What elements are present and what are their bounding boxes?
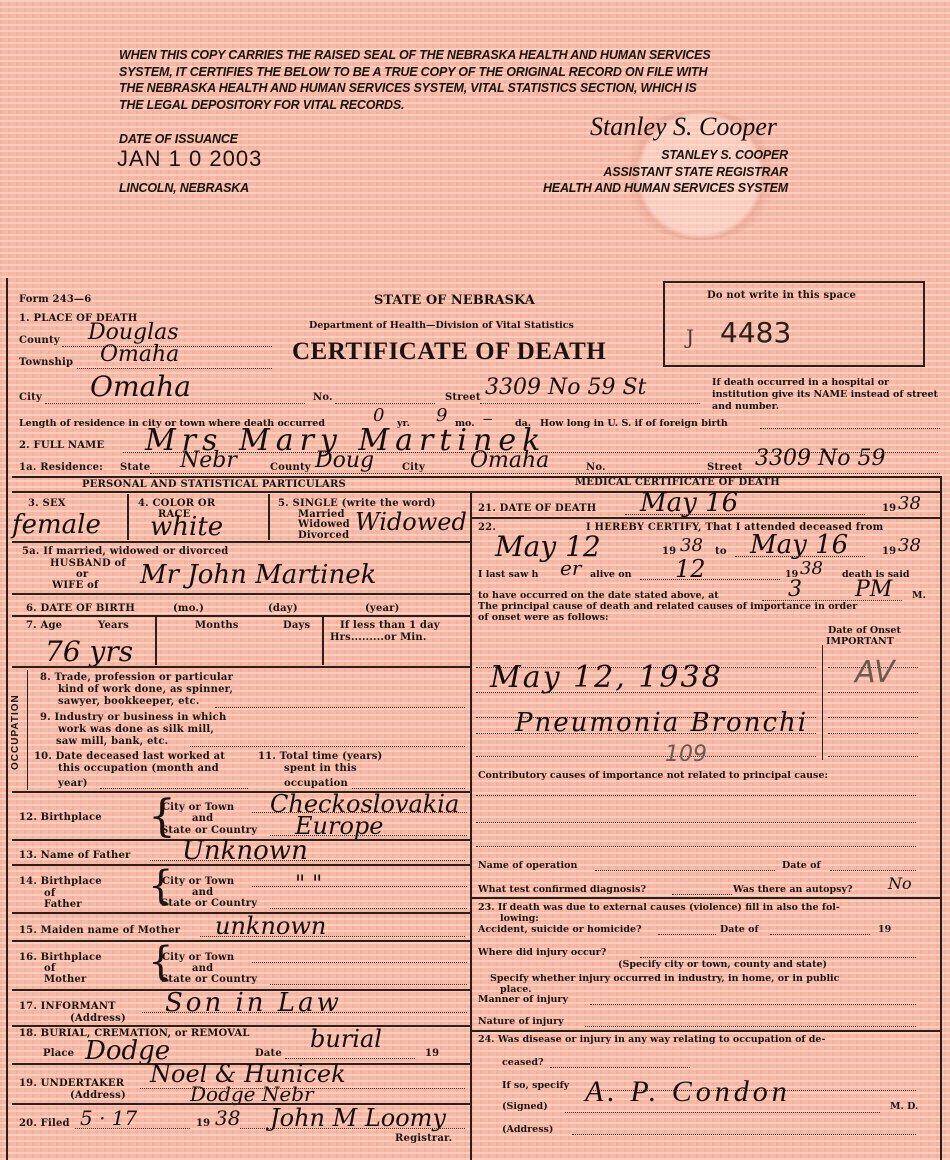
- father-city-label: City or Town: [162, 876, 234, 887]
- burial-place-label: Place: [43, 1048, 74, 1059]
- residence-street-label: Street: [707, 462, 743, 473]
- birthplace-label: 12. Birthplace: [19, 812, 102, 823]
- informant-label: 17. INFORMANT: [19, 1001, 116, 1012]
- department-heading: Department of Health—Division of Vital S…: [309, 320, 574, 331]
- mother-birthplace-label-1: 16. Birthplace: [19, 952, 102, 963]
- column-divider: [470, 491, 472, 1160]
- date-of-death: May 16: [640, 488, 738, 518]
- mother-and: and: [192, 963, 213, 974]
- hospital-note: If death occurred in a hospital or insti…: [712, 377, 947, 413]
- autopsy-value: No: [888, 874, 912, 893]
- residence-state-label: State: [120, 462, 150, 473]
- full-name-label: 2. FULL NAME: [19, 440, 104, 451]
- residence-number-label: No.: [586, 462, 606, 473]
- registrar-label: Registrar.: [395, 1133, 452, 1144]
- less-than-day-label-2: Hrs.........or Min.: [330, 632, 427, 643]
- trade-label-3: sawyer, bookkeeper, etc.: [58, 696, 200, 707]
- attended-to: May 16: [750, 530, 848, 560]
- occurred-label: to have occurred on the date stated abov…: [478, 590, 719, 601]
- filed-label: 20. Filed: [19, 1118, 70, 1129]
- spouse-label-3: or: [76, 569, 88, 580]
- dob-label: 6. DATE OF BIRTH: [26, 603, 135, 614]
- file-number: 4483: [720, 316, 791, 349]
- birthplace-country: Europe: [295, 812, 383, 840]
- medical-section-title: MEDICAL CERTIFICATE OF DEATH: [575, 477, 780, 488]
- onset-label-2: IMPORTANT: [826, 636, 894, 647]
- cause-onset-date: May 12, 1938: [490, 660, 723, 695]
- spouse-label-1: 5a. If married, widowed or divorced: [22, 546, 229, 557]
- industry-label-3: saw mill, bank, etc.: [56, 736, 168, 747]
- manner-label: Manner of injury: [478, 994, 568, 1005]
- am-pm: PM: [855, 577, 892, 602]
- birthplace-city-label: City or Town: [162, 802, 234, 813]
- undertaker-label: 19. UNDERTAKER: [19, 1078, 124, 1089]
- residence-city: Omaha: [470, 448, 549, 473]
- filed-year-prefix: 19: [196, 1118, 210, 1129]
- occupation-question-1: 24. Was disease or injury in any way rel…: [478, 1034, 825, 1045]
- street-label: Street: [445, 392, 481, 403]
- mother-birthplace-label-3: Mother: [44, 974, 86, 985]
- age-value: 76 yrs: [45, 635, 133, 668]
- total-time-label-2: spent in this: [284, 763, 357, 774]
- occupation-question-2: ceased?: [502, 1057, 544, 1068]
- years-label: Years: [98, 620, 129, 631]
- residence-county: Doug: [315, 448, 374, 473]
- state-heading: STATE OF NEBRASKA: [374, 293, 535, 308]
- filed-year: 38: [215, 1106, 240, 1130]
- dob-day-label: (day): [268, 603, 298, 614]
- md-label: M. D.: [890, 1101, 918, 1112]
- residence-street: 3309 No 59: [755, 446, 885, 471]
- form-number: Form 243—6: [19, 294, 91, 305]
- office-use-label: Do not write in this space: [707, 290, 856, 301]
- attended-from: May 12: [495, 530, 601, 563]
- mother-country-label: State or Country: [161, 974, 257, 985]
- mother-city-label: City or Town: [162, 952, 234, 963]
- total-time-label-1: 11. Total time (years): [258, 751, 382, 762]
- external-label-2: lowing:: [500, 913, 539, 924]
- city-label: City: [19, 392, 42, 403]
- last-saw-year: 38: [800, 558, 823, 579]
- birthplace-and: and: [192, 813, 213, 824]
- burial-value: burial: [310, 1025, 382, 1053]
- last-worked-label-3: year): [58, 778, 88, 789]
- principal-cause: Pneumonia Bronchi: [515, 708, 808, 738]
- mother-birthplace-label-2: of: [44, 963, 55, 974]
- personal-section-title: PERSONAL AND STATISTICAL PARTICULARS: [82, 479, 346, 490]
- operation-label: Name of operation: [478, 860, 577, 871]
- certificate-title: CERTIFICATE OF DEATH: [292, 338, 606, 366]
- township-value: Omaha: [100, 342, 179, 367]
- dod-year-prefix: 19: [882, 503, 896, 514]
- autopsy-label: Was there an autopsy?: [733, 884, 853, 895]
- father-birthplace-label-2: of: [44, 888, 55, 899]
- contributory-label: Contributory causes of importance not re…: [478, 770, 828, 781]
- total-time-label-3: occupation: [284, 778, 348, 789]
- less-than-day-label-1: If less than 1 day: [340, 620, 440, 631]
- father-birthplace-label-1: 14. Birthplace: [19, 876, 102, 887]
- time-of-death: 3: [788, 577, 802, 602]
- street-value: 3309 No 59 St: [485, 375, 646, 400]
- marital-label-3: Widowed: [298, 519, 350, 530]
- alive-on-label: alive on: [590, 569, 632, 580]
- industry-label-2: work was done as silk mill,: [58, 724, 214, 735]
- certify-number: 22.: [478, 522, 496, 533]
- sex-value: female: [12, 510, 101, 540]
- cause-intro-2: of onset were as follows:: [478, 612, 608, 623]
- mother-label: 15. Maiden name of Mother: [19, 925, 180, 936]
- last-saw-date: 12: [675, 555, 706, 583]
- age-label: 7. Age: [26, 620, 62, 631]
- external-label-1: 23. If death was due to external causes …: [478, 902, 840, 913]
- accident-date-label: Date of: [720, 924, 759, 935]
- pencil-onset-mark: AV: [855, 655, 895, 690]
- registrar-signature: Stanley S. Cooper: [590, 112, 777, 142]
- spouse-label-2: HUSBAND of: [50, 558, 126, 569]
- burial-year-prefix: 19: [425, 1048, 439, 1059]
- date-of-death-label: 21. DATE OF DEATH: [478, 503, 596, 514]
- county-label: County: [19, 335, 60, 346]
- residence-state: Nebr: [180, 448, 237, 473]
- specify-whether-1: Specify whether injury occurred in indus…: [490, 973, 839, 984]
- dob-year-label: (year): [365, 603, 400, 614]
- birthplace-country-label: State or Country: [161, 825, 257, 836]
- last-worked-label-2: this occupation (month and: [58, 763, 219, 774]
- attended-to-year-prefix: 19: [882, 546, 896, 557]
- last-saw-label: I last saw h: [478, 569, 538, 580]
- months-label: Months: [195, 620, 239, 631]
- father-value: Unknown: [182, 836, 308, 866]
- informant-address-label: (Address): [70, 1013, 126, 1024]
- race-label-1: 4. COLOR OR: [138, 498, 215, 509]
- township-label: Township: [19, 357, 73, 368]
- foreign-birth-label: How long in U. S. if of foreign birth: [540, 418, 728, 429]
- if-so-label: If so, specify: [502, 1080, 569, 1091]
- residence-city-label: City: [402, 462, 425, 473]
- physician-signature: A. P. Condon: [585, 1075, 791, 1109]
- dod-year: 38: [898, 493, 921, 514]
- race-value: white: [150, 512, 223, 542]
- spouse-label-4: WIFE of: [52, 580, 98, 591]
- trade-label-1: 8. Trade, profession or particular: [40, 672, 233, 683]
- last-worked-label-1: 10. Date deceased last worked at: [34, 751, 225, 762]
- date-of-issuance: JAN 1 0 2003: [117, 146, 262, 172]
- certification-statement: WHEN THIS COPY CARRIES THE RAISED SEAL O…: [119, 47, 809, 113]
- registrar-block: STANLEY S. COOPER ASSISTANT STATE REGIST…: [470, 147, 788, 197]
- residence-label: 1a. Residence:: [19, 462, 103, 473]
- number-label: No.: [313, 392, 333, 403]
- signed-label: (Signed): [502, 1101, 548, 1112]
- residence-county-label: County: [270, 462, 311, 473]
- burial-date-label: Date: [255, 1048, 282, 1059]
- pencil-code: 109: [665, 742, 707, 767]
- onset-label-1: Date of Onset: [828, 625, 901, 636]
- informant-value: Son in Law: [165, 988, 342, 1018]
- father-birthplace-label-3: Father: [44, 899, 82, 910]
- specify-place-note: (Specify city or town, county and state): [618, 959, 827, 970]
- to-label: to: [715, 546, 727, 557]
- accident-label: Accident, suicide or homicide?: [478, 924, 642, 935]
- father-and: and: [192, 887, 213, 898]
- test-label: What test confirmed diagnosis?: [478, 884, 646, 895]
- mother-value: unknown: [215, 912, 326, 940]
- operation-date-label: Date of: [782, 860, 821, 871]
- m-label: M.: [912, 590, 926, 601]
- cause-intro-1: The principal cause of death and related…: [478, 601, 857, 612]
- filed-date: 5 · 17: [80, 1106, 137, 1130]
- father-birthplace: " ": [295, 872, 322, 897]
- where-injury-label: Where did injury occur?: [478, 947, 606, 958]
- days-label: Days: [283, 620, 310, 631]
- nature-label: Nature of injury: [478, 1016, 564, 1027]
- file-prefix: J: [686, 325, 694, 349]
- issuance-place: LINCOLN, NEBRASKA: [119, 180, 249, 197]
- left-border: [6, 278, 8, 1160]
- undertaker-address-label: (Address): [70, 1090, 126, 1101]
- attended-from-year: 38: [680, 535, 703, 556]
- dob-month-label: (mo.): [173, 603, 204, 614]
- father-label: 13. Name of Father: [19, 850, 131, 861]
- marital-value: Widowed: [355, 508, 467, 536]
- marital-label-4: Divorced: [298, 530, 349, 541]
- occupation-side-label: OCCUPATION: [10, 694, 21, 770]
- industry-label-1: 9. Industry or business in which: [40, 712, 226, 723]
- accident-year-label: 19: [878, 924, 891, 935]
- spouse-value: Mr John Martinek: [140, 560, 376, 590]
- father-country-label: State or Country: [161, 898, 257, 909]
- physician-address-label: (Address): [502, 1124, 553, 1135]
- trade-label-2: kind of work done, as spinner,: [58, 684, 233, 695]
- local-registrar-signature: John M Loomy: [270, 1104, 446, 1132]
- last-saw-pronoun: er: [560, 556, 581, 580]
- attended-to-year: 38: [898, 535, 921, 556]
- city-value: Omaha: [90, 370, 191, 403]
- sex-label: 3. SEX: [28, 498, 66, 509]
